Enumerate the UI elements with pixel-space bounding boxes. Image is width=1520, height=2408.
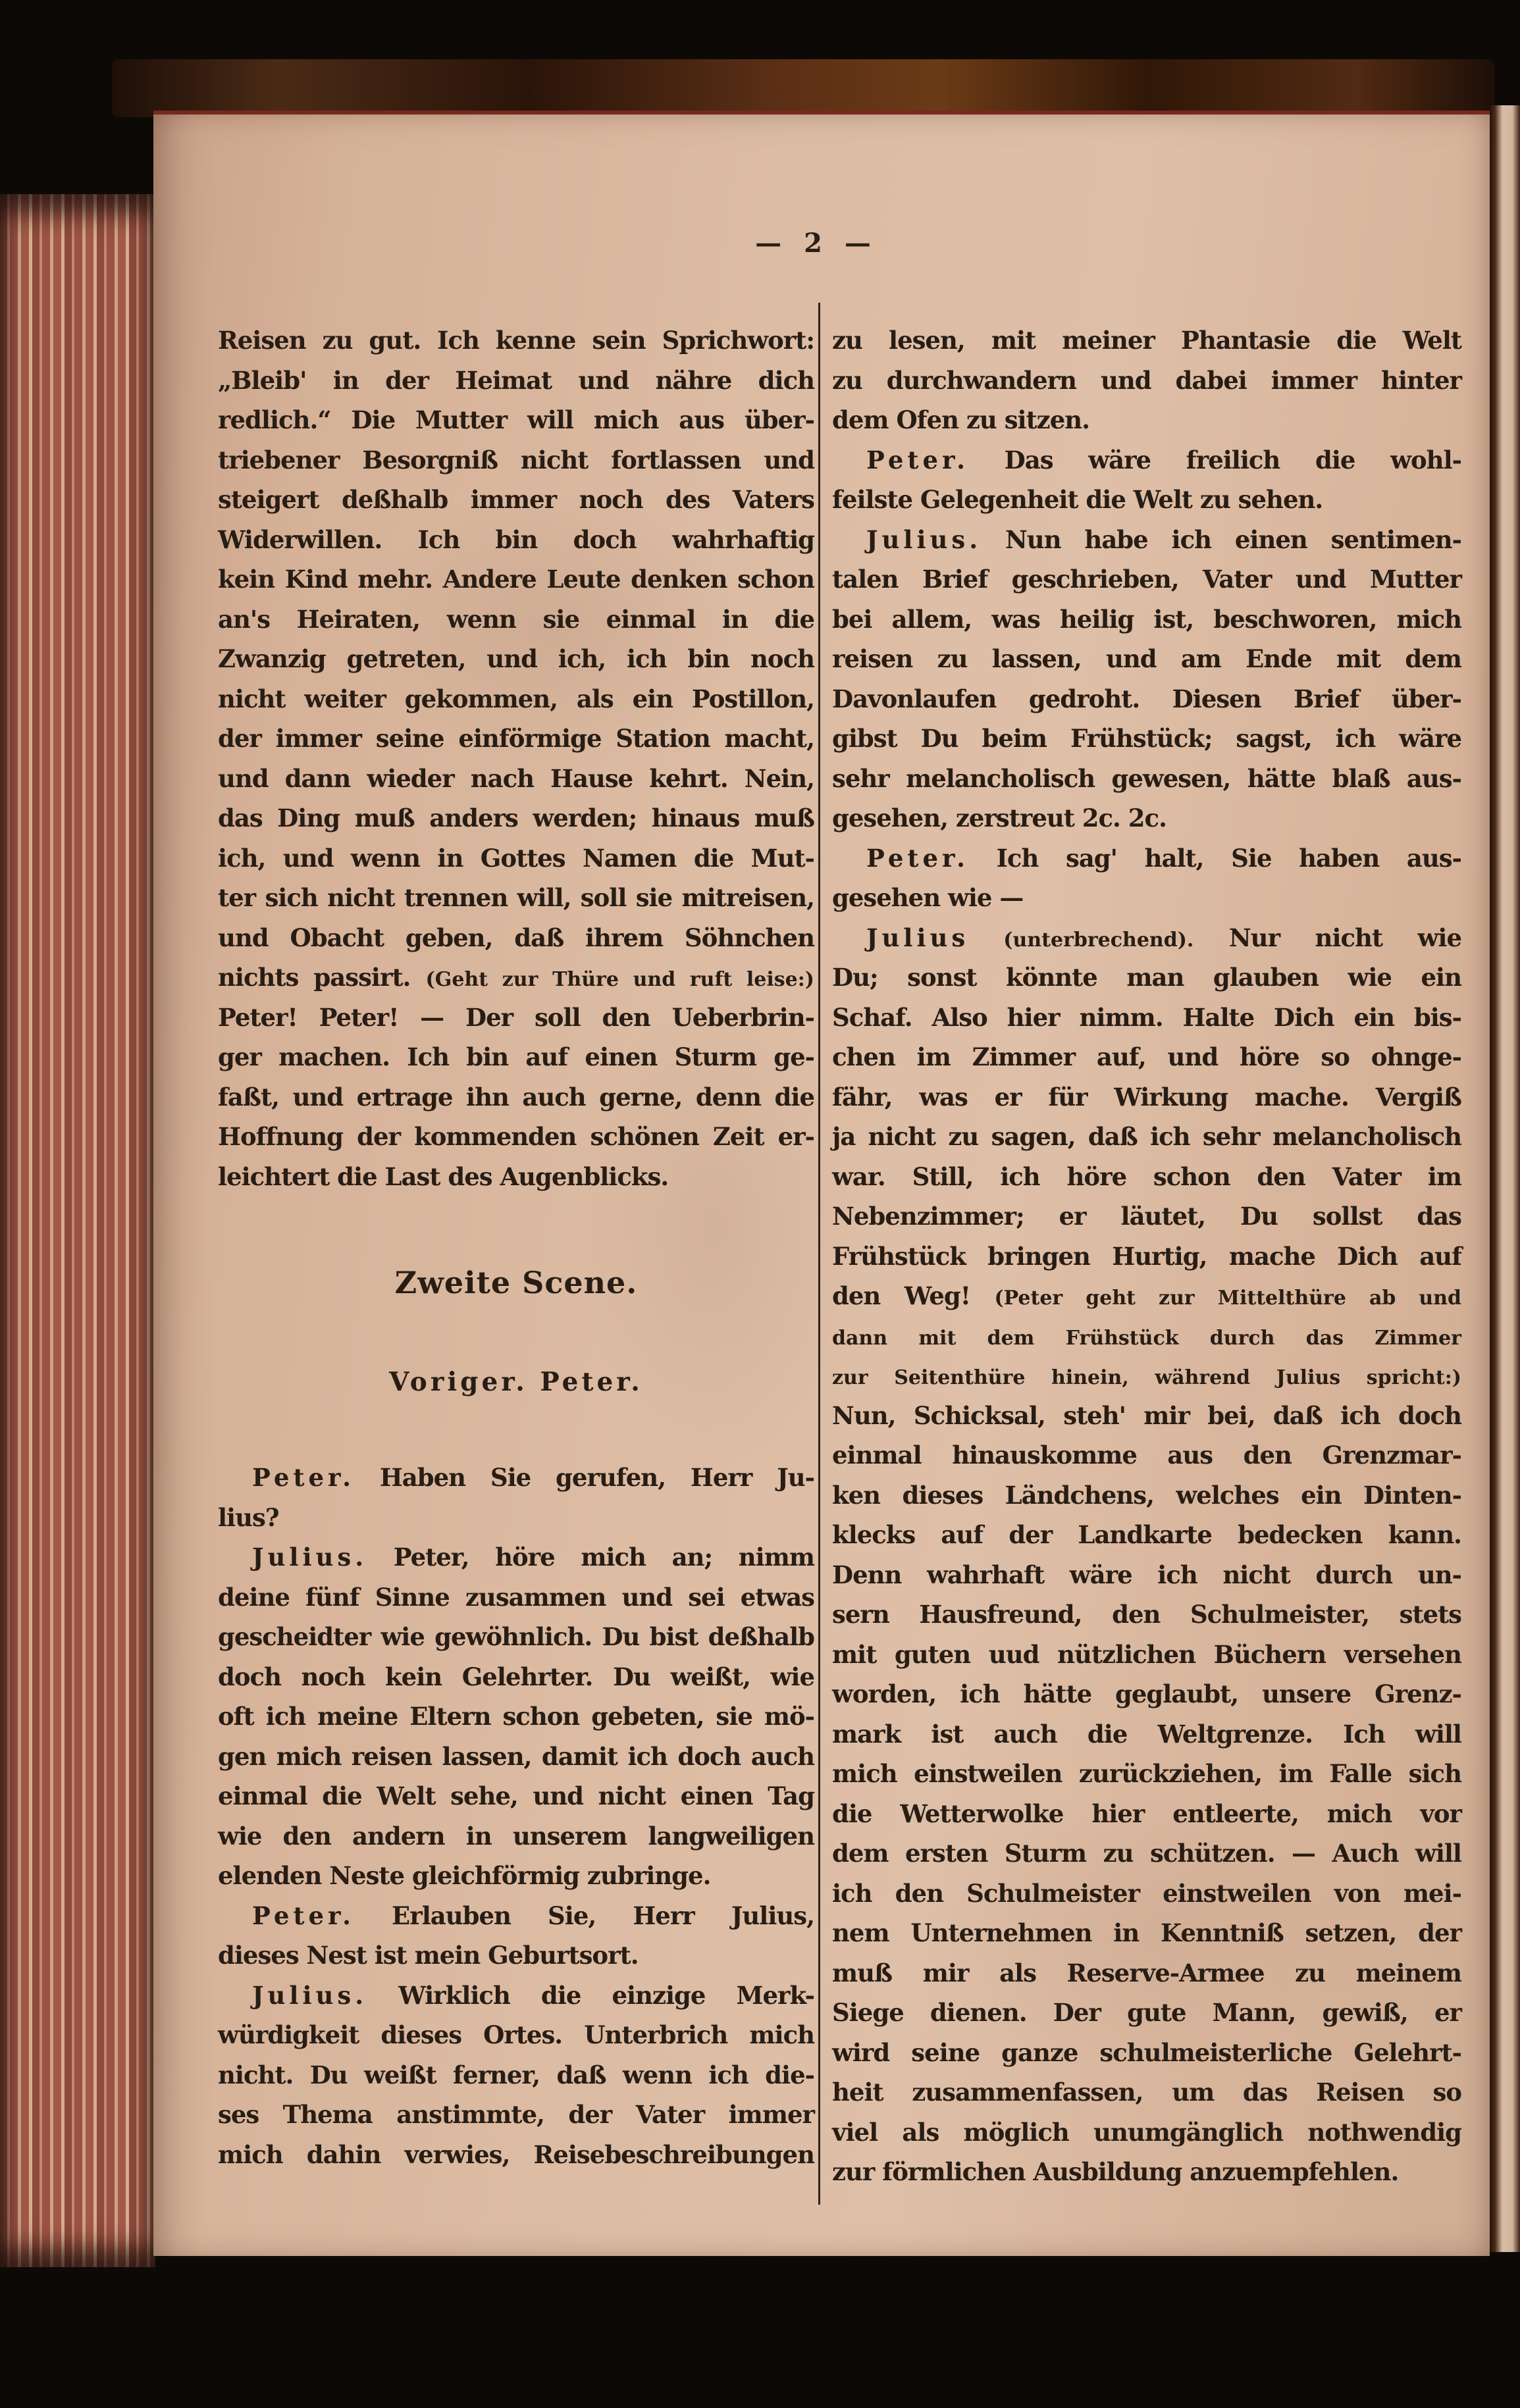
- body-text: einmal die Welt sehe, und nicht einen Ta…: [218, 1781, 814, 1810]
- body-text: mark ist auch die Weltgrenze. Ich will: [832, 1720, 1461, 1749]
- text-line: war. Still, ich höre schon den Vater im: [832, 1157, 1461, 1197]
- body-text: Ich sag' halt, Sie haben aus-: [969, 844, 1461, 873]
- text-line: steigert deßhalb immer noch des Vaters: [218, 480, 814, 520]
- text-line: der immer seine einförmige Station macht…: [218, 719, 814, 759]
- text-line: ich, und wenn in Gottes Namen die Mut-: [218, 838, 814, 879]
- body-text: reisen zu lassen, und am Ende mit dem: [832, 644, 1461, 673]
- text-column-right: zu lesen, mit meiner Phantasie die Weltz…: [832, 320, 1461, 2192]
- book-page: —2— Reisen zu gut. Ich kenne sein Sprich…: [153, 111, 1490, 2256]
- body-text: würdigkeit dieses Ortes. Unterbrich mich: [218, 2020, 814, 2049]
- text-line: zu lesen, mit meiner Phantasie die Welt: [832, 320, 1461, 361]
- text-line: den Weg! (Peter geht zur Mittelthüre ab …: [832, 1276, 1461, 1316]
- body-text: zu durchwandern und dabei immer hinter: [832, 366, 1461, 395]
- body-text: sehr melancholisch gewesen, hätte blaß a…: [832, 764, 1461, 793]
- text-line: Nun, Schicksal, steh' mir bei, daß ich d…: [832, 1396, 1461, 1436]
- body-text: Nun, Schicksal, steh' mir bei, daß ich d…: [832, 1401, 1461, 1430]
- body-text: mich einstweilen zurückziehen, im Falle …: [832, 1759, 1461, 1788]
- text-line: Julius (unterbrechend). Nur nicht wie: [832, 918, 1461, 958]
- text-line: dem ersten Sturm zu schützen. — Auch wil…: [832, 1833, 1461, 1874]
- body-text: war. Still, ich höre schon den Vater im: [832, 1162, 1461, 1191]
- text-line: dieses Nest ist mein Geburtsort.: [218, 1935, 814, 1976]
- text-line: heit zusammenfassen, um das Reisen so: [832, 2072, 1461, 2113]
- text-line: ich den Schulmeister einstweilen von mei…: [832, 1874, 1461, 1914]
- text-line: ses Thema anstimmte, der Vater immer: [218, 2095, 814, 2135]
- body-text: dem ersten Sturm zu schützen. — Auch wil…: [832, 1839, 1461, 1868]
- body-text: Peter! Peter! — Der soll den Ueberbrin-: [218, 1003, 814, 1032]
- body-text: wie den andern in unserem langweiligen: [218, 1822, 814, 1851]
- body-text: an's Heiraten, wenn sie einmal in die: [218, 605, 814, 634]
- body-text: dem Ofen zu sitzen.: [832, 405, 1089, 434]
- body-text: deine fünf Sinne zusammen und sei etwas: [218, 1583, 814, 1612]
- text-line: reisen zu lassen, und am Ende mit dem: [832, 639, 1461, 679]
- text-line: „Bleib' in der Heimat und nähre dich: [218, 361, 814, 401]
- text-line: gibst Du beim Frühstück; sagst, ich wäre: [832, 719, 1461, 759]
- text-line: Denn wahrhaft wäre ich nicht durch un-: [832, 1555, 1461, 1595]
- body-text: Du; sonst könnte man glauben wie ein: [832, 963, 1461, 992]
- text-line: muß mir als Reserve-Armee zu meinem: [832, 1953, 1461, 1993]
- body-text: gibst Du beim Frühstück; sagst, ich wäre: [832, 724, 1461, 753]
- body-text: Denn wahrhaft wäre ich nicht durch un-: [832, 1560, 1461, 1589]
- body-text: Reisen zu gut. Ich kenne sein Sprichwort…: [218, 326, 814, 355]
- text-line: bei allem, was heilig ist, beschworen, m…: [832, 600, 1461, 640]
- body-text: Wirklich die einzige Merk-: [367, 1981, 814, 2010]
- body-text: mit guten uud nützlichen Büchern versehe…: [832, 1640, 1461, 1669]
- body-text: die Wetterwolke hier entleerte, mich vor: [832, 1799, 1461, 1828]
- text-line: gesehen wie —: [832, 878, 1461, 918]
- text-line: nicht. Du weißt ferner, daß wenn ich die…: [218, 2055, 814, 2095]
- text-line: mich dahin verwies, Reisebeschreibungen: [218, 2135, 814, 2175]
- text-line: gen mich reisen lassen, damit ich doch a…: [218, 1737, 814, 1777]
- text-line: Julius. Peter, höre mich an; nimm: [218, 1537, 814, 1577]
- speaker-name: Julius: [866, 923, 969, 952]
- text-line: nicht weiter gekommen, als ein Postillon…: [218, 679, 814, 719]
- body-text: chen im Zimmer auf, und höre so ohnge-: [832, 1042, 1461, 1071]
- text-line: Julius. Wirklich die einzige Merk-: [218, 1976, 814, 2016]
- speaker-name: Julius.: [252, 1543, 367, 1572]
- speaker-name: Peter.: [866, 844, 969, 873]
- text-line: Frühstück bringen Hurtig, mache Dich auf: [832, 1237, 1461, 1277]
- page-number-value: 2: [804, 228, 824, 259]
- body-text: faßt, und ertrage ihn auch gerne, denn d…: [218, 1083, 814, 1112]
- text-line: talen Brief geschrieben, Vater und Mutte…: [832, 559, 1461, 600]
- text-line: Du; sonst könnte man glauben wie ein: [832, 958, 1461, 998]
- book-scan: —2— Reisen zu gut. Ich kenne sein Sprich…: [0, 0, 1520, 2408]
- text-line: Peter! Peter! — Der soll den Ueberbrin-: [218, 998, 814, 1038]
- text-line: ja nicht zu sagen, daß ich sehr melancho…: [832, 1117, 1461, 1157]
- text-line: mark ist auch die Weltgrenze. Ich will: [832, 1714, 1461, 1755]
- text-line: elenden Neste gleichförmig zubringe.: [218, 1856, 814, 1896]
- text-line: kein Kind mehr. Andere Leute denken scho…: [218, 559, 814, 600]
- body-text: Erlauben Sie, Herr Julius,: [355, 1901, 814, 1930]
- body-text: und dann wieder nach Hause kehrt. Nein,: [218, 764, 814, 793]
- text-line: Julius. Nun habe ich einen sentimen-: [832, 520, 1461, 560]
- text-line: doch noch kein Gelehrter. Du weißt, wie: [218, 1657, 814, 1697]
- text-line: das Ding muß anders werden; hinaus muß: [218, 798, 814, 838]
- speaker-name: Julius.: [866, 525, 982, 554]
- body-text: Nebenzimmer; er läutet, Du sollst das: [832, 1202, 1461, 1231]
- body-text: feilste Gelegenheit die Welt zu sehen.: [832, 485, 1323, 514]
- text-line: ger machen. Ich bin auf einen Sturm ge-: [218, 1037, 814, 1077]
- body-text: das Ding muß anders werden; hinaus muß: [218, 804, 814, 833]
- text-line: faßt, und ertrage ihn auch gerne, denn d…: [218, 1077, 814, 1117]
- body-text: Zwanzig getreten, und ich, ich bin noch: [218, 644, 814, 673]
- body-text: elenden Neste gleichförmig zubringe.: [218, 1861, 710, 1890]
- page-number-dash-right: —: [845, 228, 872, 259]
- text-line: Nebenzimmer; er läutet, Du sollst das: [832, 1196, 1461, 1237]
- text-line: ken dieses Ländchens, welches ein Dinten…: [832, 1475, 1461, 1516]
- text-line: oft ich meine Eltern schon gebeten, sie …: [218, 1697, 814, 1737]
- body-text: steigert deßhalb immer noch des Vaters: [218, 485, 814, 514]
- body-text: „Bleib' in der Heimat und nähre dich: [218, 366, 814, 395]
- body-text: talen Brief geschrieben, Vater und Mutte…: [832, 565, 1461, 594]
- body-text: viel als möglich unumgänglich nothwendig: [832, 2118, 1461, 2147]
- text-line: deine fünf Sinne zusammen und sei etwas: [218, 1577, 814, 1618]
- text-line: dann mit dem Frühstück durch das Zimmer: [832, 1316, 1461, 1356]
- text-line: feilste Gelegenheit die Welt zu sehen.: [832, 480, 1461, 520]
- body-text: Frühstück bringen Hurtig, mache Dich auf: [832, 1242, 1461, 1271]
- page-number: —2—: [218, 228, 1409, 259]
- stage-direction: zur Seitenthüre hinein, während Julius s…: [832, 1366, 1461, 1389]
- body-text: nicht. Du weißt ferner, daß wenn ich die…: [218, 2061, 814, 2089]
- text-line: Zwanzig getreten, und ich, ich bin noch: [218, 639, 814, 679]
- body-text: ter sich nicht trennen will, soll sie mi…: [218, 883, 814, 912]
- text-line: nichts passirt. (Geht zur Thüre und ruft…: [218, 958, 814, 998]
- text-line: fähr, was er für Wirkung mache. Vergiß: [832, 1077, 1461, 1117]
- text-line: leichtert die Last des Augenblicks.: [218, 1157, 814, 1197]
- text-line: und dann wieder nach Hause kehrt. Nein,: [218, 759, 814, 799]
- body-text: Nur nicht wie: [1193, 923, 1461, 952]
- stage-direction: (Peter geht zur Mittelthüre ab und: [994, 1287, 1461, 1310]
- stage-direction: (Geht zur Thüre und ruft leise:): [426, 968, 814, 991]
- page-number-dash-left: —: [755, 228, 783, 259]
- body-text: ich, und wenn in Gottes Namen die Mut-: [218, 844, 814, 873]
- text-line: zur förmlichen Ausbildung anzuempfehlen.: [832, 2152, 1461, 2192]
- text-line: wird seine ganze schulmeisterliche Geleh…: [832, 2033, 1461, 2073]
- body-text: oft ich meine Eltern schon gebeten, sie …: [218, 1702, 814, 1731]
- stage-direction: dann mit dem Frühstück durch das Zimmer: [832, 1327, 1461, 1350]
- body-text: ja nicht zu sagen, daß ich sehr melancho…: [832, 1122, 1461, 1151]
- body-text: doch noch kein Gelehrter. Du weißt, wie: [218, 1662, 814, 1691]
- text-line: Siege dienen. Der gute Mann, gewiß, er: [832, 1993, 1461, 2033]
- text-line: an's Heiraten, wenn sie einmal in die: [218, 600, 814, 640]
- text-line: zur Seitenthüre hinein, während Julius s…: [832, 1356, 1461, 1396]
- body-text: triebener Besorgniß nicht fortlassen und: [218, 446, 814, 474]
- body-text: nicht weiter gekommen, als ein Postillon…: [218, 684, 814, 713]
- text-line: Schaf. Also hier nimm. Halte Dich ein bi…: [832, 998, 1461, 1038]
- column-divider-rule: [818, 303, 820, 2205]
- body-text: Zweite Scene.: [395, 1265, 638, 1300]
- body-text: sern Hausfreund, den Schulmeister, stets: [832, 1600, 1461, 1629]
- text-line: Peter. Ich sag' halt, Sie haben aus-: [832, 838, 1461, 879]
- body-text: Haben Sie gerufen, Herr Ju-: [355, 1463, 814, 1492]
- body-text: klecks auf der Landkarte bedecken kann.: [832, 1520, 1461, 1549]
- text-column-left: Reisen zu gut. Ich kenne sein Sprichwort…: [218, 320, 814, 2174]
- text-line: ter sich nicht trennen will, soll sie mi…: [218, 878, 814, 918]
- body-text: lius?: [218, 1503, 279, 1532]
- speaker-name: Julius.: [252, 1981, 367, 2010]
- body-text: redlich.“ Die Mutter will mich aus über-: [218, 405, 814, 434]
- body-text: gesehen wie —: [832, 883, 1023, 912]
- body-text: zur förmlichen Ausbildung anzuempfehlen.: [832, 2157, 1398, 2186]
- text-line: dem Ofen zu sitzen.: [832, 400, 1461, 440]
- body-text: gen mich reisen lassen, damit ich doch a…: [218, 1742, 814, 1771]
- text-line: einmal hinauskomme aus den Grenzmar-: [832, 1435, 1461, 1475]
- text-line: gescheidter wie gewöhnlich. Du bist deßh…: [218, 1617, 814, 1657]
- text-line: sehr melancholisch gewesen, hätte blaß a…: [832, 759, 1461, 799]
- text-line: klecks auf der Landkarte bedecken kann.: [832, 1515, 1461, 1555]
- text-line: worden, ich hätte geglaubt, unsere Grenz…: [832, 1674, 1461, 1714]
- adjacent-page-edge: [1490, 105, 1520, 2252]
- text-line: chen im Zimmer auf, und höre so ohnge-: [832, 1037, 1461, 1077]
- body-text: gescheidter wie gewöhnlich. Du bist deßh…: [218, 1622, 814, 1651]
- body-text: und Obacht geben, daß ihrem Söhnchen: [218, 923, 814, 952]
- book-headband: [112, 59, 1494, 117]
- text-line: Peter. Das wäre freilich die wohl-: [832, 440, 1461, 480]
- body-text: ger machen. Ich bin auf einen Sturm ge-: [218, 1042, 814, 1071]
- text-line: mit guten uud nützlichen Büchern versehe…: [832, 1635, 1461, 1675]
- text-line: einmal die Welt sehe, und nicht einen Ta…: [218, 1776, 814, 1816]
- body-text: kein Kind mehr. Andere Leute denken scho…: [218, 565, 814, 594]
- body-text: Hoffnung der kommenden schönen Zeit er-: [218, 1122, 814, 1151]
- text-line: sern Hausfreund, den Schulmeister, stets: [832, 1595, 1461, 1635]
- body-text: gesehen, zerstreut 2c. 2c.: [832, 804, 1166, 833]
- body-text: bei allem, was heilig ist, beschworen, m…: [832, 605, 1461, 634]
- book-page-edges: [0, 194, 155, 2267]
- body-text: muß mir als Reserve-Armee zu meinem: [832, 1959, 1461, 1987]
- body-text: heit zusammenfassen, um das Reisen so: [832, 2078, 1461, 2107]
- text-line: Widerwillen. Ich bin doch wahrhaftig: [218, 520, 814, 560]
- text-line: Reisen zu gut. Ich kenne sein Sprichwort…: [218, 320, 814, 361]
- text-line: lius?: [218, 1498, 814, 1538]
- text-line: redlich.“ Die Mutter will mich aus über-: [218, 400, 814, 440]
- body-text: Schaf. Also hier nimm. Halte Dich ein bi…: [832, 1003, 1461, 1032]
- text-line: triebener Besorgniß nicht fortlassen und: [218, 440, 814, 480]
- text-line: viel als möglich unumgänglich nothwendig: [832, 2113, 1461, 2153]
- scene-heading: Zweite Scene.: [218, 1263, 814, 1303]
- text-line: Davonlaufen gedroht. Diesen Brief über-: [832, 679, 1461, 719]
- speaker-name: Peter.: [252, 1463, 355, 1492]
- body-text: ken dieses Ländchens, welches ein Dinten…: [832, 1481, 1461, 1510]
- body-text: einmal hinauskomme aus den Grenzmar-: [832, 1441, 1461, 1470]
- body-text: dieses Nest ist mein Geburtsort.: [218, 1941, 639, 1970]
- body-text: Nun habe ich einen sentimen-: [982, 525, 1461, 554]
- body-text: zu lesen, mit meiner Phantasie die Welt: [832, 326, 1461, 355]
- text-line: gesehen, zerstreut 2c. 2c.: [832, 798, 1461, 838]
- text-line: Peter. Haben Sie gerufen, Herr Ju-: [218, 1458, 814, 1498]
- speaker-name: Peter.: [866, 446, 969, 474]
- text-line: wie den andern in unserem langweiligen: [218, 1816, 814, 1857]
- text-line: Peter. Erlauben Sie, Herr Julius,: [218, 1896, 814, 1936]
- body-text: Voriger. Peter.: [389, 1367, 643, 1397]
- text-line: Hoffnung der kommenden schönen Zeit er-: [218, 1117, 814, 1157]
- text-line: und Obacht geben, daß ihrem Söhnchen: [218, 918, 814, 958]
- body-text: ich den Schulmeister einstweilen von mei…: [832, 1879, 1461, 1908]
- body-text: ses Thema anstimmte, der Vater immer: [218, 2100, 814, 2129]
- body-text: der immer seine einförmige Station macht…: [218, 724, 814, 753]
- body-text: Siege dienen. Der gute Mann, gewiß, er: [832, 1998, 1461, 2027]
- body-text: leichtert die Last des Augenblicks.: [218, 1162, 668, 1191]
- body-text: nichts passirt.: [218, 963, 426, 992]
- body-text: Das wäre freilich die wohl-: [969, 446, 1461, 474]
- body-text: fähr, was er für Wirkung mache. Vergiß: [832, 1083, 1461, 1112]
- body-text: nem Unternehmen in Kenntniß setzen, der: [832, 1918, 1461, 1947]
- body-text: Widerwillen. Ich bin doch wahrhaftig: [218, 525, 814, 554]
- stage-direction: (unterbrechend).: [969, 929, 1193, 952]
- speaker-name: Peter.: [252, 1901, 355, 1930]
- body-text: mich dahin verwies, Reisebeschreibungen: [218, 2140, 814, 2169]
- body-text: den Weg!: [832, 1281, 994, 1310]
- text-line: zu durchwandern und dabei immer hinter: [832, 361, 1461, 401]
- scene-characters: Voriger. Peter.: [218, 1362, 814, 1402]
- body-text: worden, ich hätte geglaubt, unsere Grenz…: [832, 1679, 1461, 1708]
- text-line: würdigkeit dieses Ortes. Unterbrich mich: [218, 2015, 814, 2055]
- text-line: die Wetterwolke hier entleerte, mich vor: [832, 1794, 1461, 1834]
- body-text: Davonlaufen gedroht. Diesen Brief über-: [832, 684, 1461, 713]
- text-line: mich einstweilen zurückziehen, im Falle …: [832, 1754, 1461, 1794]
- body-text: wird seine ganze schulmeisterliche Geleh…: [832, 2038, 1461, 2067]
- text-line: nem Unternehmen in Kenntniß setzen, der: [832, 1913, 1461, 1953]
- body-text: Peter, höre mich an; nimm: [367, 1543, 814, 1572]
